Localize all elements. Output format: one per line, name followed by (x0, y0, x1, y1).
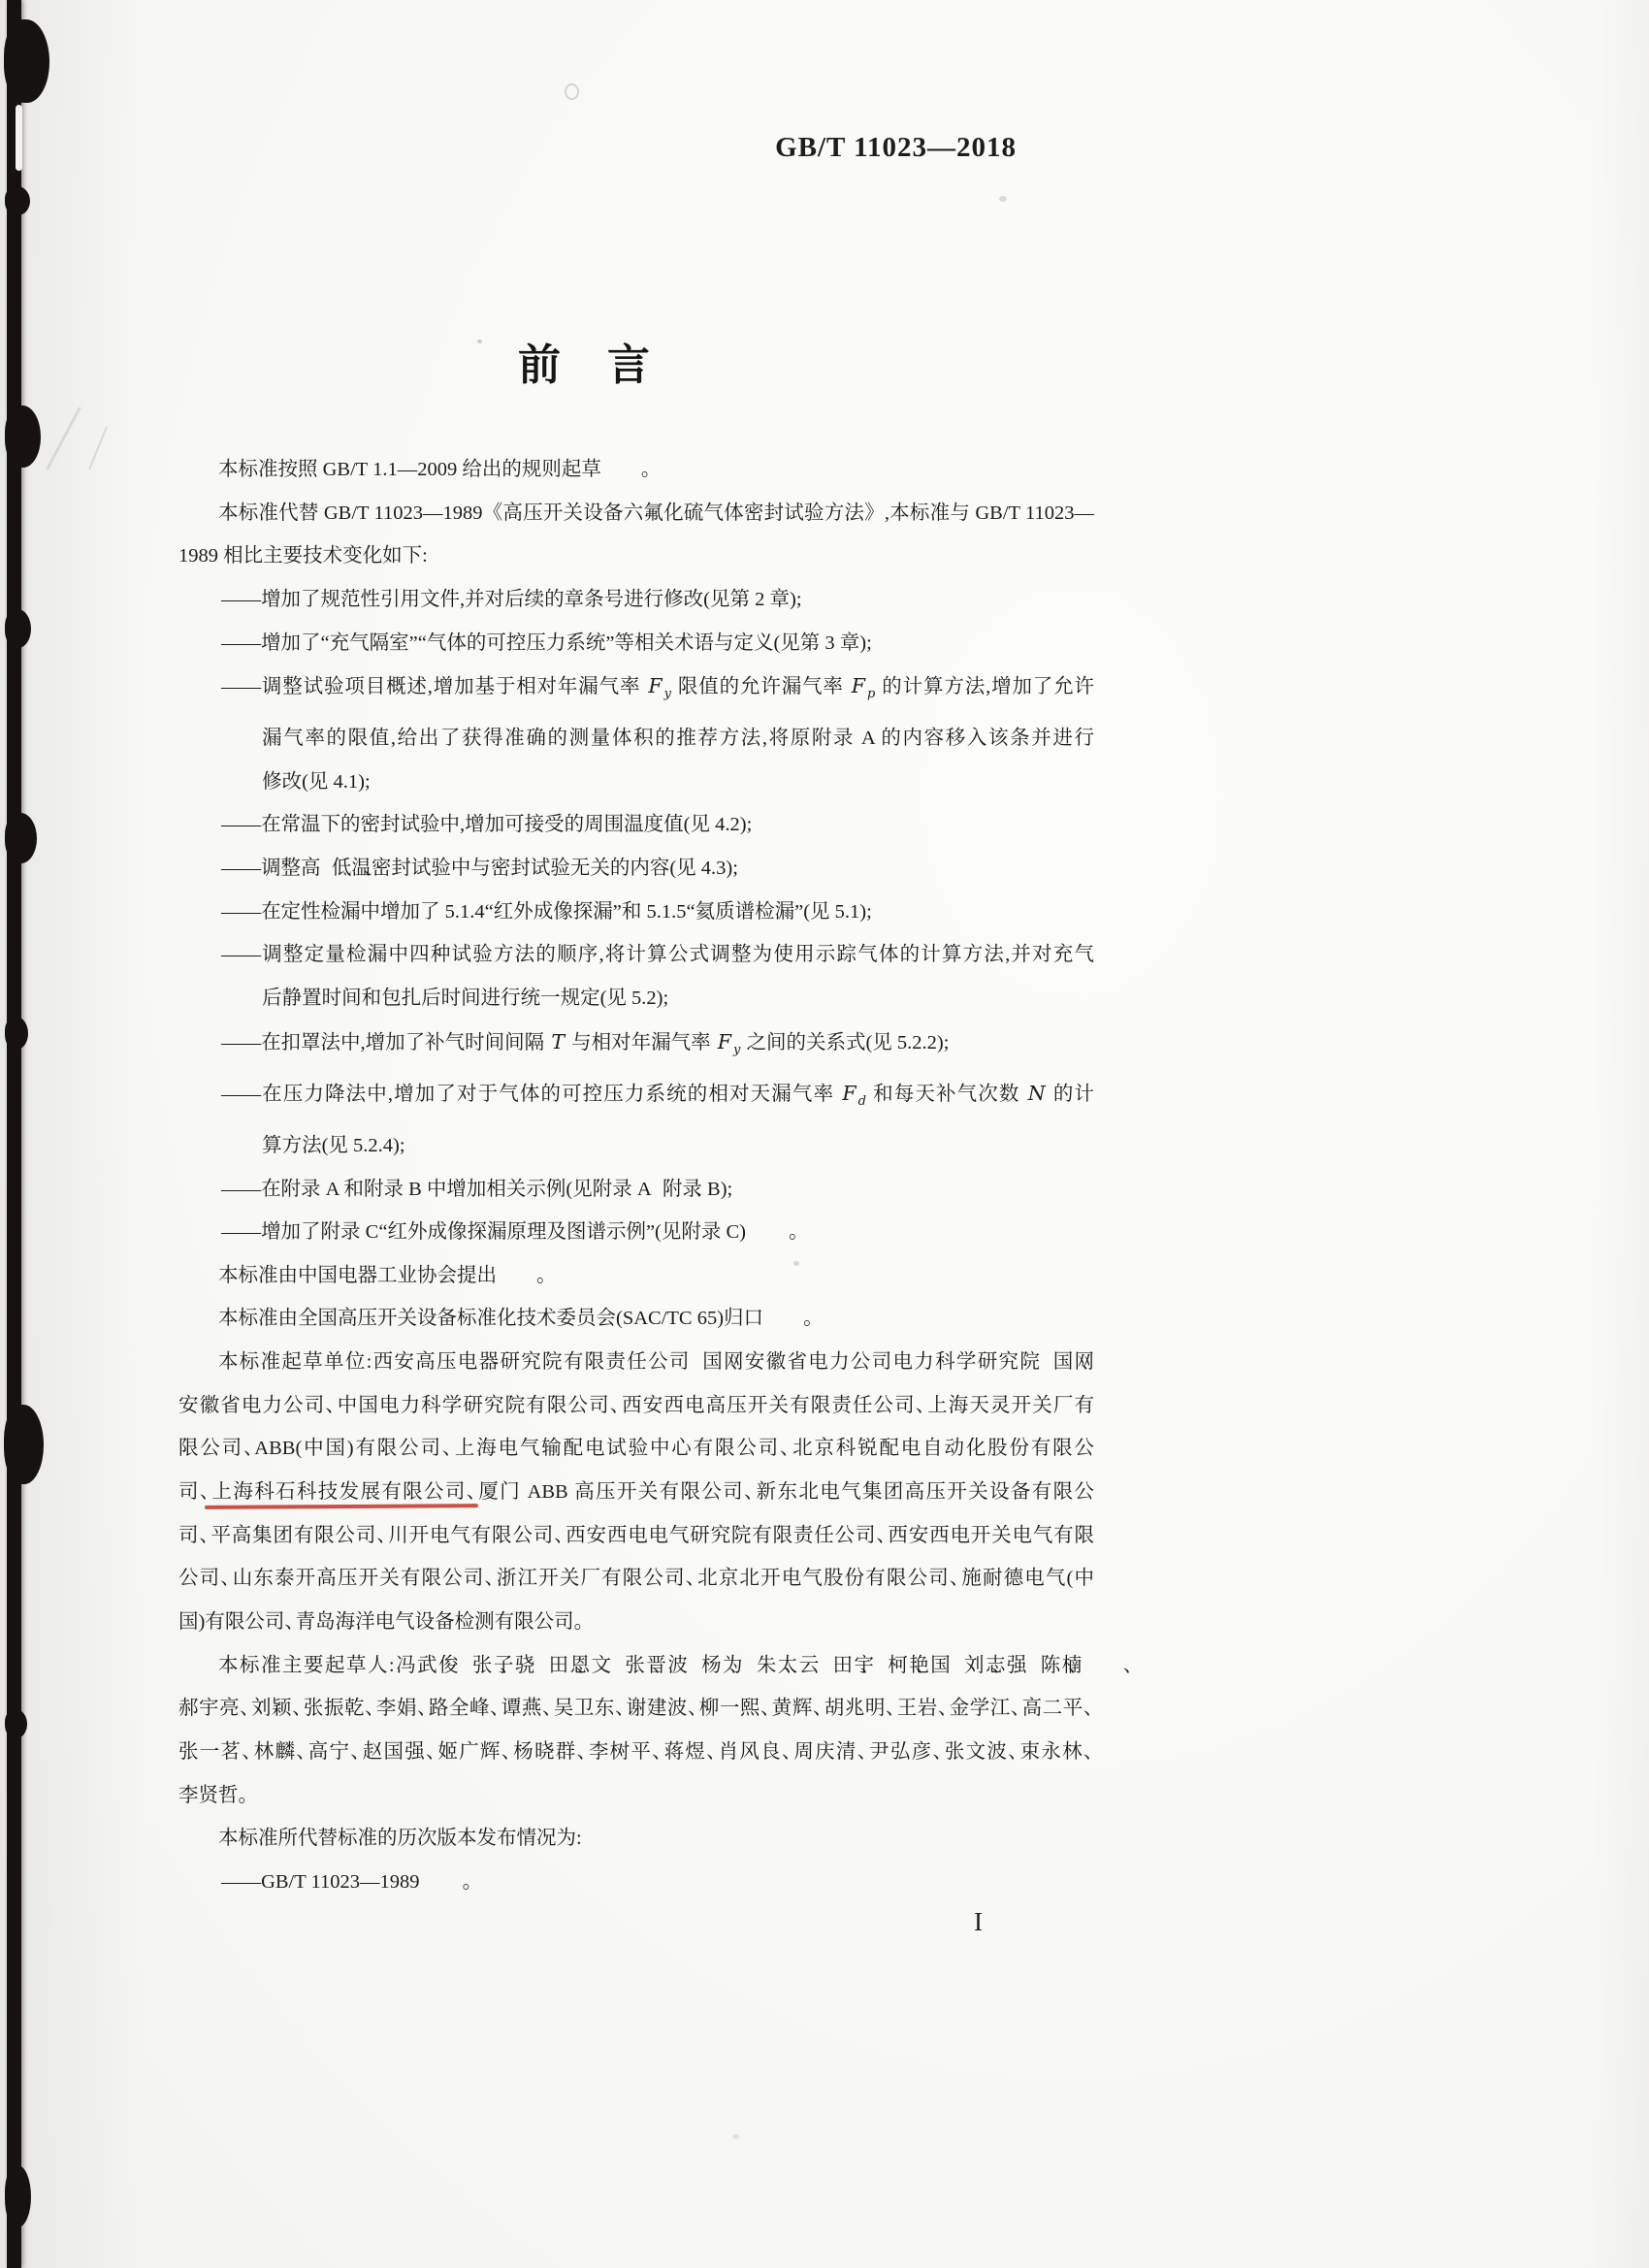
text-line: 本标准主要起草人:冯武俊、张子骁、田恩文、张晋波、杨为、朱太云、田宇、柯艳国、刘… (178, 1644, 1094, 1688)
red-underline-annotation: 上海科石科技发展有限公司 (210, 1481, 467, 1503)
text-line: 司、平高集团有限公司、川开电气有限公司、西安西电电气研究院有限责任公司、西安西电… (178, 1514, 1094, 1558)
text-line: 本标准按照 GB/T 1.1—2009 给出的规则起草。 (178, 448, 1094, 492)
scanned-standard-page: GB/T 11023—2018 前 言 本标准按照 GB/T 1.1—2009 … (0, 0, 1649, 2268)
text-line: 公司、山东泰开高压开关有限公司、浙江开关厂有限公司、北京北开电气股份有限公司、施… (178, 1557, 1094, 1601)
text-line: ——在附录 A 和附录 B 中增加相关示例(见附录 A、附录 B); (178, 1168, 1094, 1212)
paper-speck (999, 196, 1007, 202)
paper-edge-tear (5, 609, 31, 648)
paper-edge-tear (5, 1709, 27, 1738)
text-line: ——在扣罩法中,增加了补气时间间隔 T 与相对年漏气率 Fy 之间的关系式(见 … (178, 1021, 1094, 1073)
paper-speck (565, 83, 579, 100)
text-line: 司、上海科石科技发展有限公司、厦门 ABB 高压开关有限公司、新东北电气集团高压… (178, 1471, 1094, 1514)
text-line: 国)有限公司、青岛海洋电气设备检测有限公司。 (178, 1601, 1094, 1644)
paper-speck (732, 2134, 739, 2139)
text-line: ——增加了“充气隔室”“气体的可控压力系统”等相关术语与定义(见第 3 章); (178, 622, 1094, 665)
text-line: ——调整定量检漏中四种试验方法的顺序,将计算公式调整为使用示踪气体的计算方法,并… (178, 933, 1094, 977)
paper-edge-tear (5, 1017, 28, 1050)
scan-scratch (46, 407, 81, 470)
text-line: 本标准由中国电器工业协会提出。 (178, 1254, 1094, 1298)
text-line: 修改(见 4.1); (178, 761, 1094, 804)
text-line: 郝宇亮、刘颖、张振乾、李娟、路全峰、谭燕、吴卫东、谢建波、柳一熙、黄辉、胡兆明、… (178, 1687, 1094, 1731)
text-line: ——在常温下的密封试验中,增加可接受的周围温度值(见 4.2); (178, 803, 1094, 847)
paper-edge-tear (5, 2165, 31, 2227)
paper-edge-tear (5, 186, 30, 215)
foreword-body: 本标准按照 GB/T 1.1—2009 给出的规则起草。本标准代替 GB/T 1… (178, 448, 1094, 1904)
scan-scratch (88, 426, 108, 470)
text-line: 张一茗、林麟、高宁、赵国强、姬广辉、杨晓群、李树平、蒋煜、肖风良、周庆清、尹弘彦… (178, 1731, 1094, 1774)
text-line: 漏气率的限值,给出了获得准确的测量体积的推荐方法,将原附录 A 的内容移入该条并… (178, 717, 1094, 761)
page-number: I (974, 1907, 984, 1937)
paper-edge-tear (5, 405, 41, 468)
text-line: 1989 相比主要技术变化如下: (178, 535, 1094, 578)
page-title: 前 言 (518, 330, 652, 392)
paper-edge-tear (4, 19, 49, 103)
text-line: 后静置时间和包扎后时间进行统一规定(见 5.2); (178, 977, 1094, 1021)
text-line: ——调整试验项目概述,增加基于相对年漏气率 Fy 限值的允许漏气率 Fp 的计算… (178, 664, 1094, 717)
text-line: 本标准代替 GB/T 11023—1989《高压开关设备六氟化硫气体密封试验方法… (178, 492, 1094, 535)
text-line: ——增加了规范性引用文件,并对后续的章条号进行修改(见第 2 章); (178, 578, 1094, 622)
text-line: ——在定性检漏中增加了 5.1.4“红外成像探漏”和 5.1.5“氦质谱检漏”(… (178, 891, 1094, 934)
paper-edge-notch (16, 105, 22, 171)
scan-edge-artifact (7, 0, 21, 2268)
text-line: ——调整高、低温密封试验中与密封试验无关的内容(见 4.3); (178, 847, 1094, 891)
text-line: 本标准所代替标准的历次版本发布情况为: (178, 1817, 1094, 1861)
paper-edge-tear (4, 1405, 44, 1484)
text-line: 本标准起草单位:西安高压电器研究院有限责任公司、国网安徽省电力公司电力科学研究院… (178, 1341, 1094, 1384)
text-line: ——在压力降法中,增加了对于气体的可控压力系统的相对天漏气率 Fd 和每天补气次… (178, 1072, 1094, 1124)
text-line: ——GB/T 11023—1989。 (178, 1861, 1094, 1904)
text-line: ——增加了附录 C“红外成像探漏原理及图谱示例”(见附录 C)。 (178, 1211, 1094, 1254)
paper-speck (477, 340, 482, 343)
text-line: 安徽省电力公司、中国电力科学研究院有限公司、西安西电高压开关有限责任公司、上海天… (178, 1384, 1094, 1428)
text-line: 李贤哲。 (178, 1774, 1094, 1818)
standard-code: GB/T 11023—2018 (775, 132, 1017, 164)
text-line: 本标准由全国高压开关设备标准化技术委员会(SAC/TC 65)归口。 (178, 1297, 1094, 1341)
paper-edge-tear (5, 813, 37, 863)
text-line: 限公司、ABB(中国)有限公司、上海电气输配电试验中心有限公司、北京科锐配电自动… (178, 1427, 1094, 1471)
text-line: 算方法(见 5.2.4); (178, 1124, 1094, 1168)
